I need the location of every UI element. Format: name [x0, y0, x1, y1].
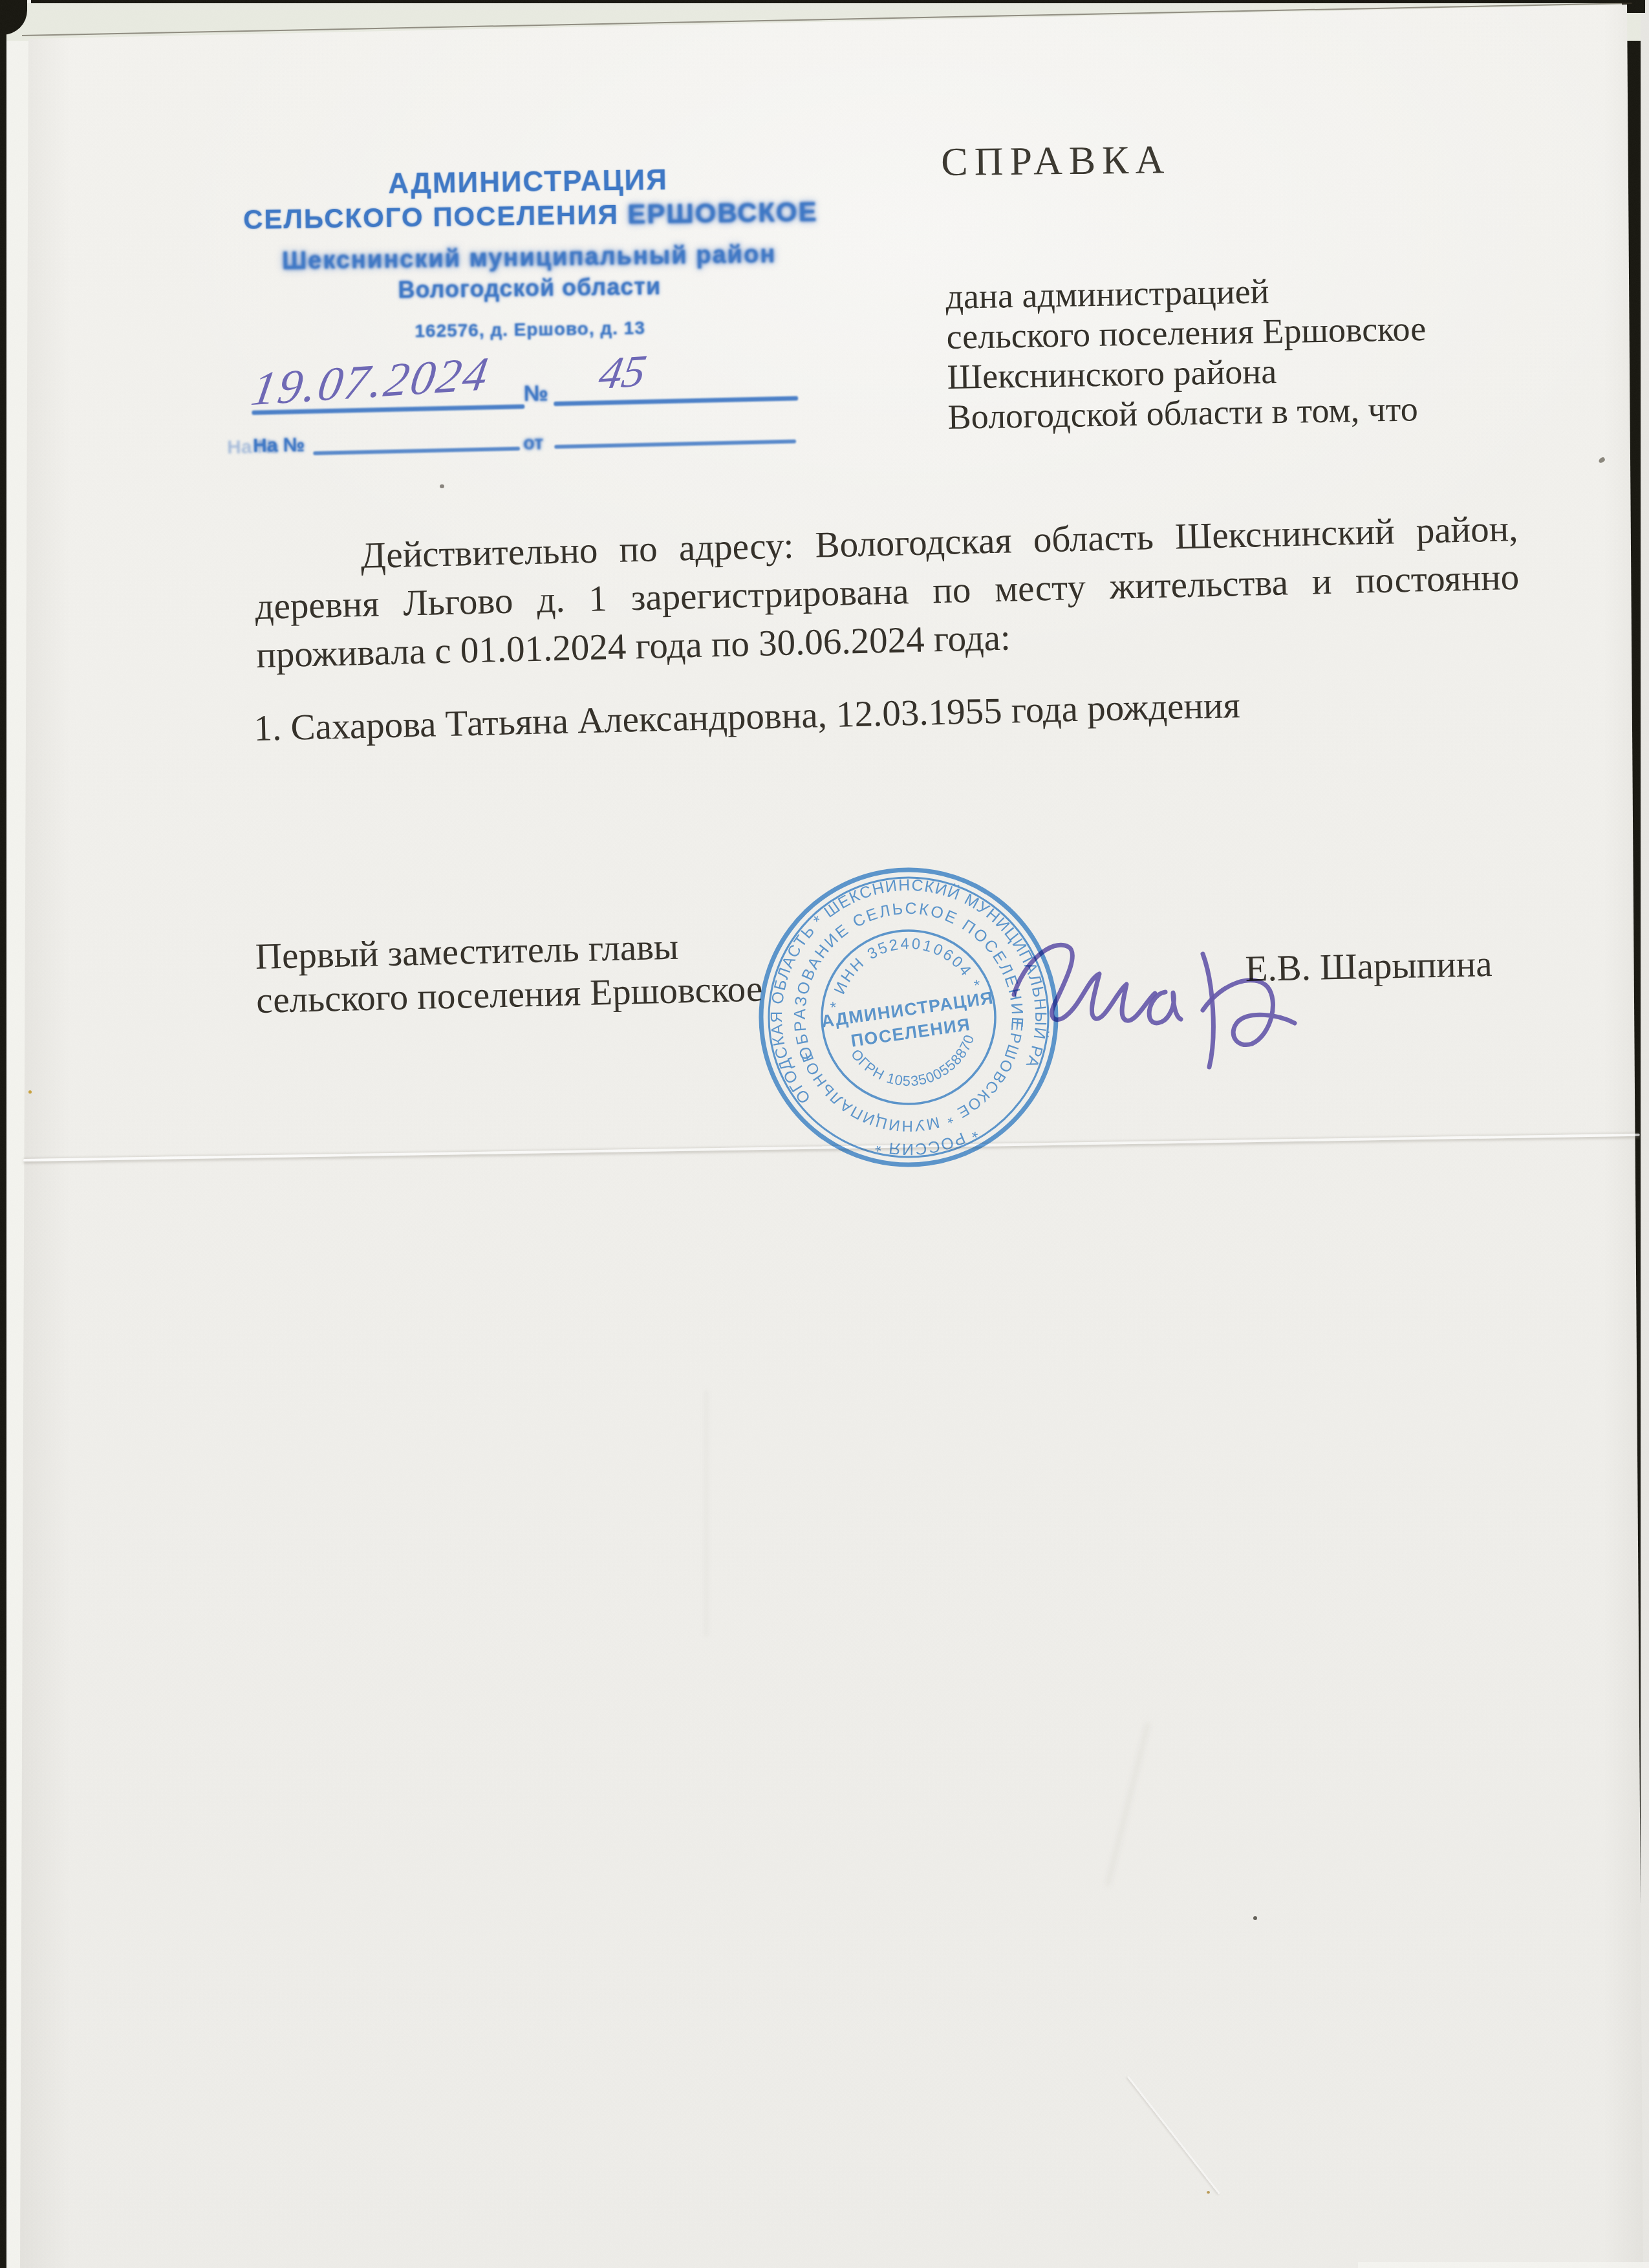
- stamp-region-line: Вологодской области: [244, 273, 815, 304]
- stamp-org-name-line2: СЕЛЬСКОГО ПОСЕЛЕНИЯ ЕРШОВСКОЕ: [243, 199, 814, 233]
- signature-scribble: [989, 918, 1326, 1093]
- stamp-reply-from-label: от: [523, 435, 544, 453]
- paper-speck: [1207, 2191, 1210, 2194]
- stamp-org-name-line1: АДМИНИСТРАЦИЯ: [242, 164, 814, 200]
- paper-speck: [28, 1090, 32, 1094]
- stamp-district-line: Шекснинский муниципальный район: [244, 242, 814, 274]
- stamp-org-name-line2-left: СЕЛЬСКОГО ПОСЕЛЕНИЯ: [243, 199, 619, 235]
- document-title: СПРАВКА: [941, 140, 1171, 182]
- stamp-number-sign: №: [524, 382, 548, 405]
- stamp-org-name-line2-right: ЕРШОВСКОЕ: [627, 197, 818, 230]
- body-paragraph: Действительно по адресу: Вологодская обл…: [253, 504, 1521, 680]
- issuer-block: дана администрацией сельского поселения …: [945, 266, 1549, 437]
- signature-stroke: [1149, 992, 1181, 1023]
- stamp-reply-label: На №: [253, 436, 305, 456]
- paper-speck: [1253, 1916, 1257, 1920]
- paper-speck: [440, 484, 444, 488]
- scanner-edge-bottom: [1358, 2262, 1649, 2268]
- handwritten-number: 45: [596, 349, 650, 397]
- paper-scuff: [705, 1390, 707, 1636]
- scanner-edge-right: [1641, 0, 1649, 2268]
- scanned-document: АДМИНИСТРАЦИЯ СЕЛЬСКОГО ПОСЕЛЕНИЯ ЕРШОВС…: [0, 0, 1649, 2268]
- signature-stroke: [1203, 980, 1295, 1045]
- corner-stamp: АДМИНИСТРАЦИЯ СЕЛЬСКОГО ПОСЕЛЕНИЯ ЕРШОВС…: [242, 155, 815, 343]
- signature-stroke: [1014, 945, 1155, 1021]
